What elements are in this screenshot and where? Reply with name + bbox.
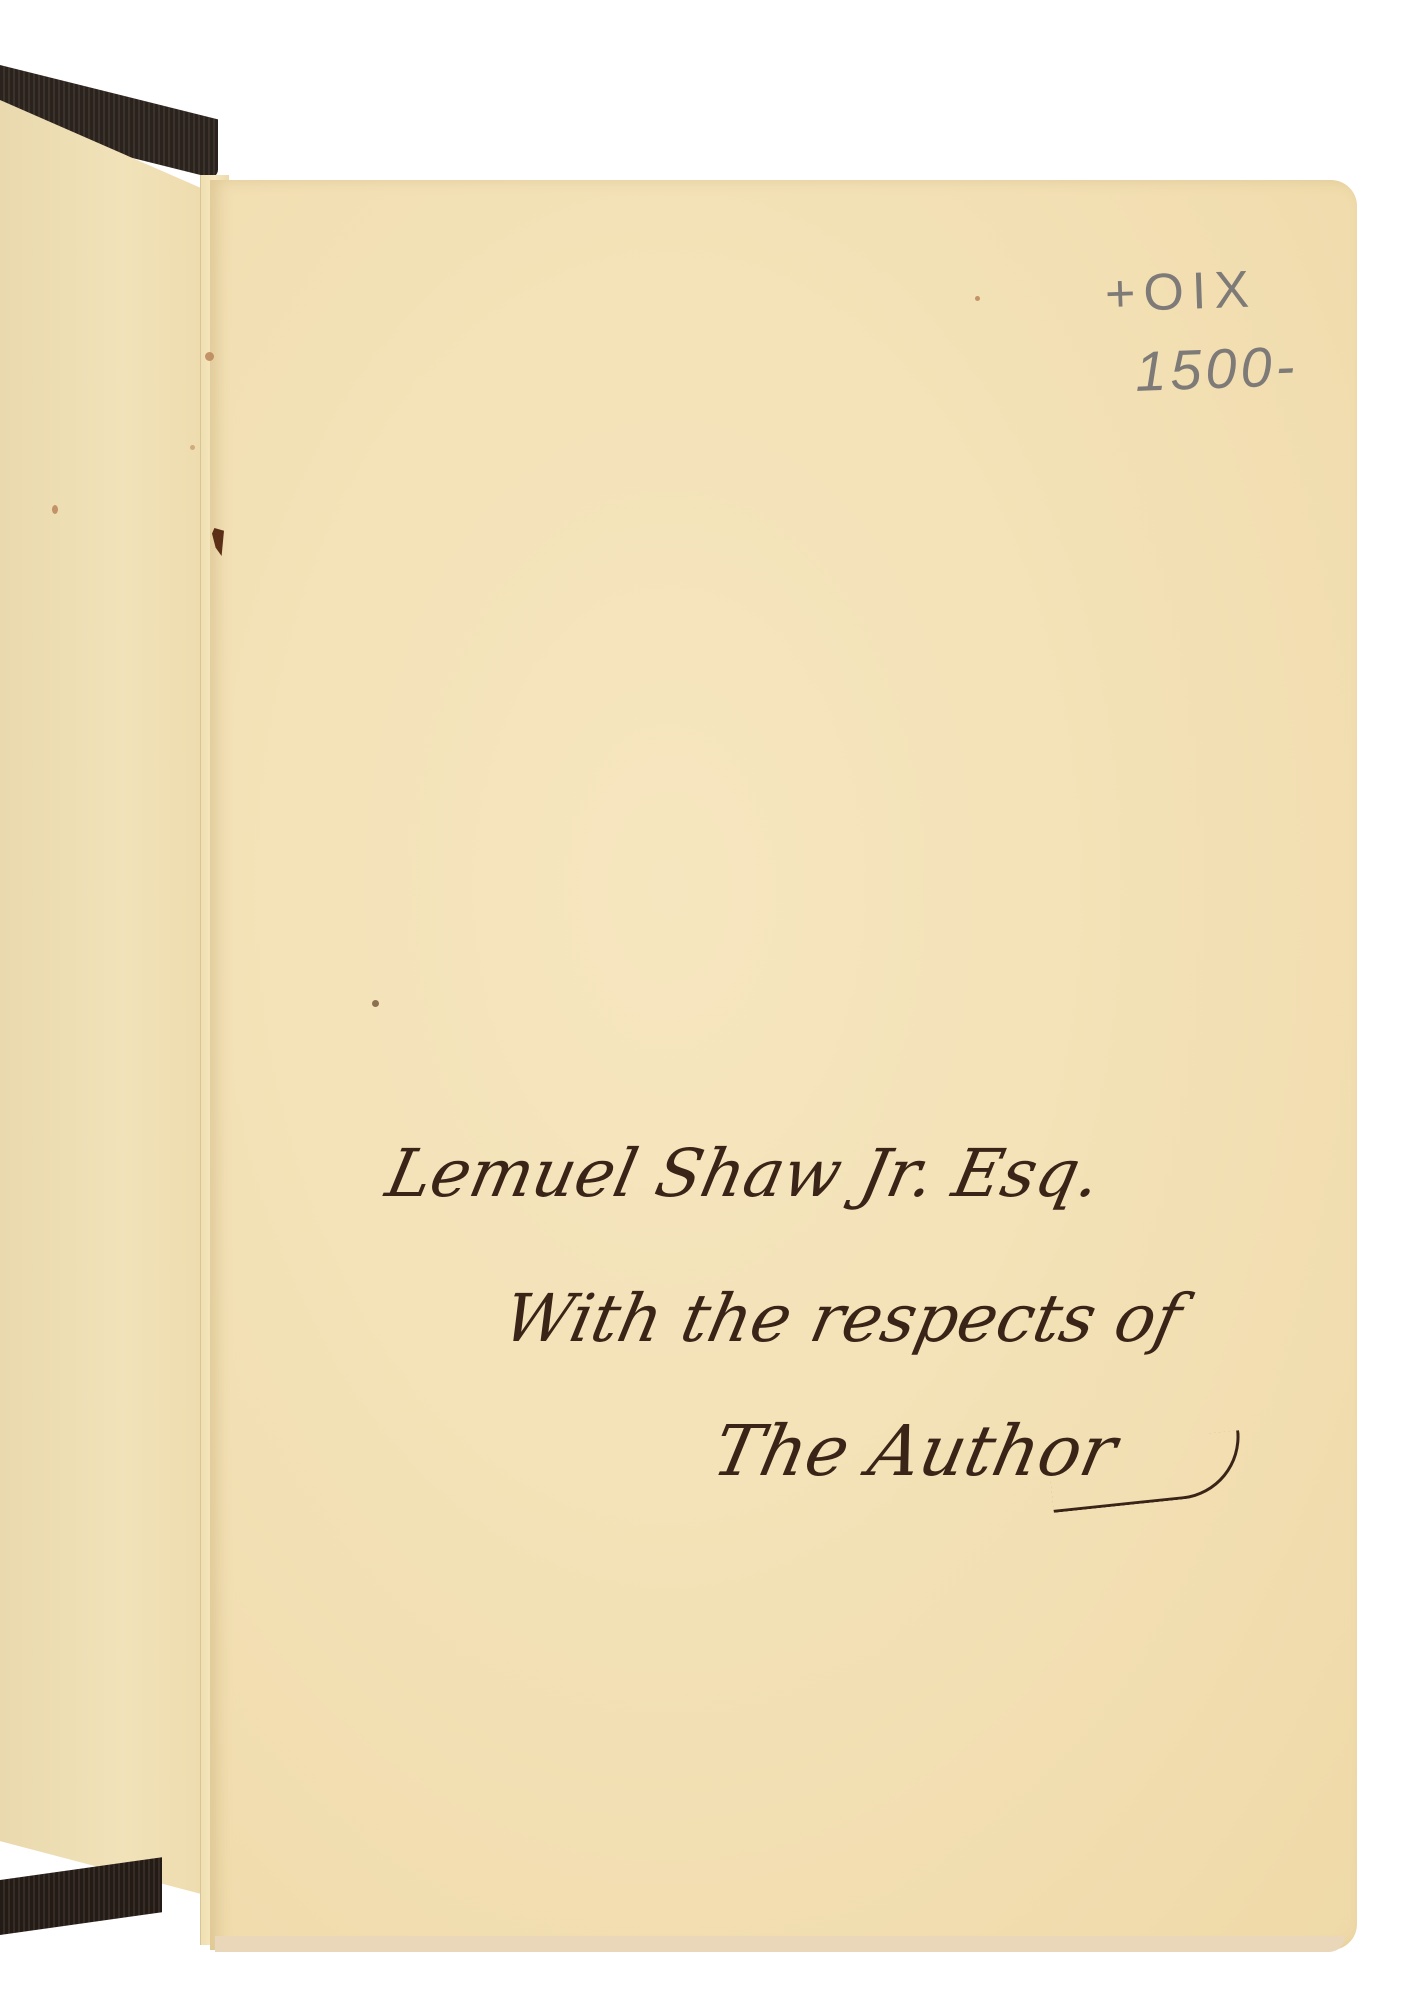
foxing-spot [52,505,58,514]
book-cover-bottom-edge [0,1857,162,1935]
foxing-spot [975,296,980,301]
inscription-recipient: Lemuel Shaw Jr. Esq. [380,1135,1108,1212]
inscription-respects: With the respects of [497,1280,1189,1357]
foxing-spot [190,445,195,450]
book-photo: +OIX 1500- Lemuel Shaw Jr. Esq. With the… [0,0,1413,2000]
inscribed-flyleaf-page [210,180,1357,1950]
foxing-spot [205,352,214,361]
pencil-price-note: 1500- [1134,333,1299,404]
foxing-spot [372,1000,379,1007]
left-pastedown-page [0,100,205,1895]
page-block-edge [215,1936,1345,1952]
pencil-code-note: +OIX [1104,259,1258,324]
